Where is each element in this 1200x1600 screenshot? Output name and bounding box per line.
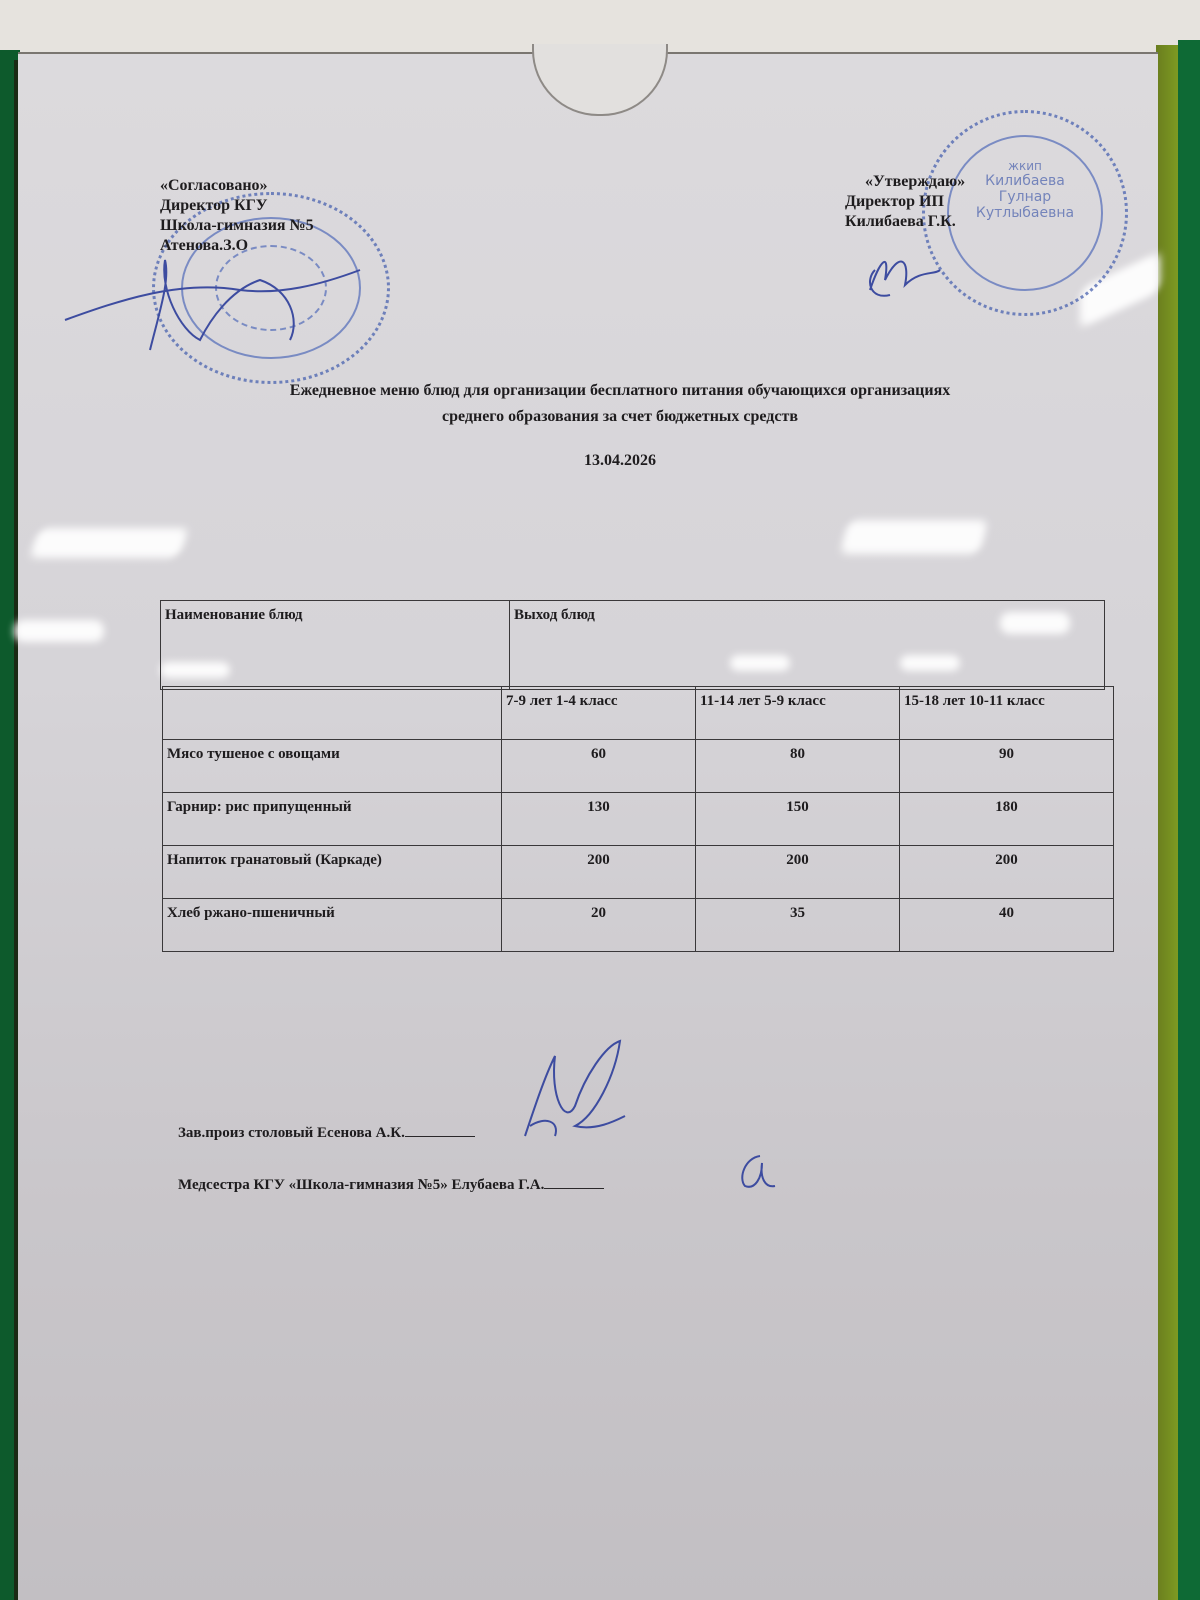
stamp-text-line: Кутлыбаевна (965, 205, 1085, 221)
table-row: Хлеб ржано-пшеничный 20 35 40 (163, 899, 1114, 952)
stamp-text-line: Килибаева (965, 173, 1085, 189)
portion-value: 90 (900, 740, 1114, 793)
table-row: Напиток гранатовый (Каркаде) 200 200 200 (163, 846, 1114, 899)
light-reflection (839, 520, 988, 554)
approval-position: Директор КГУ (160, 196, 314, 216)
signature-line-canteen-head: Зав.произ столовый Есенова А.К. (178, 1122, 475, 1142)
light-reflection (14, 620, 104, 642)
portion-value: 60 (502, 740, 696, 793)
age-group-cell: 11-14 лет 5-9 класс (696, 687, 900, 740)
title-line-1: Ежедневное меню блюд для организации бес… (160, 378, 1080, 404)
signature-blank (405, 1122, 475, 1137)
signature-label: Зав.произ столовый Есенова А.К. (178, 1125, 405, 1141)
portion-value: 200 (900, 846, 1114, 899)
stamp-text-line: жкип (965, 159, 1085, 173)
dish-name: Гарнир: рис припущенный (163, 793, 502, 846)
signature-director-left (60, 240, 380, 360)
table-row-age-groups: 7-9 лет 1-4 класс 11-14 лет 5-9 класс 15… (163, 687, 1114, 740)
portion-value: 20 (502, 899, 696, 952)
approval-heading: «Согласовано» (160, 176, 314, 196)
portion-value: 200 (502, 846, 696, 899)
table-row: Гарнир: рис припущенный 130 150 180 (163, 793, 1114, 846)
portion-value: 150 (696, 793, 900, 846)
menu-table-header: Наименование блюд Выход блюд (160, 600, 1105, 690)
portion-value: 80 (696, 740, 900, 793)
dish-name: Мясо тушеное с овощами (163, 740, 502, 793)
empty-cell (163, 687, 502, 740)
table-row: Мясо тушеное с овощами 60 80 90 (163, 740, 1114, 793)
approval-position: Директор ИП (845, 192, 965, 212)
frame-right-edge (1178, 40, 1200, 1600)
signature-nurse (730, 1148, 780, 1198)
approval-name: Килибаева Г.К. (845, 212, 965, 232)
signature-line-nurse: Медсестра КГУ «Школа-гимназия №5» Елубае… (178, 1174, 604, 1194)
approval-organization: Школа-гимназия №5 (160, 216, 314, 236)
approval-heading: «Утверждаю» (845, 172, 965, 192)
portion-value: 180 (900, 793, 1114, 846)
document-title: Ежедневное меню блюд для организации бес… (160, 378, 1080, 430)
signature-label: Медсестра КГУ «Школа-гимназия №5» Елубае… (178, 1177, 544, 1193)
menu-date: 13.04.2026 (160, 452, 1080, 470)
header-output: Выход блюд (510, 601, 1105, 690)
approval-block-right: «Утверждаю» Директор ИП Килибаева Г.К. (845, 172, 965, 232)
portion-value: 35 (696, 899, 900, 952)
menu-table: 7-9 лет 1-4 класс 11-14 лет 5-9 класс 15… (162, 686, 1114, 952)
header-dish-name: Наименование блюд (161, 601, 510, 690)
portion-value: 130 (502, 793, 696, 846)
signature-blank (544, 1174, 604, 1189)
dish-name: Хлеб ржано-пшеничный (163, 899, 502, 952)
portion-value: 200 (696, 846, 900, 899)
portion-value: 40 (900, 899, 1114, 952)
light-reflection (29, 528, 190, 558)
age-group-cell: 7-9 лет 1-4 класс (502, 687, 696, 740)
title-line-2: среднего образования за счет бюджетных с… (160, 404, 1080, 430)
age-group-cell: 15-18 лет 10-11 класс (900, 687, 1114, 740)
signature-canteen-head (505, 1036, 635, 1156)
dish-name: Напиток гранатовый (Каркаде) (163, 846, 502, 899)
signature-director-right (860, 240, 950, 310)
stamp-text-line: Гулнар (965, 189, 1085, 205)
